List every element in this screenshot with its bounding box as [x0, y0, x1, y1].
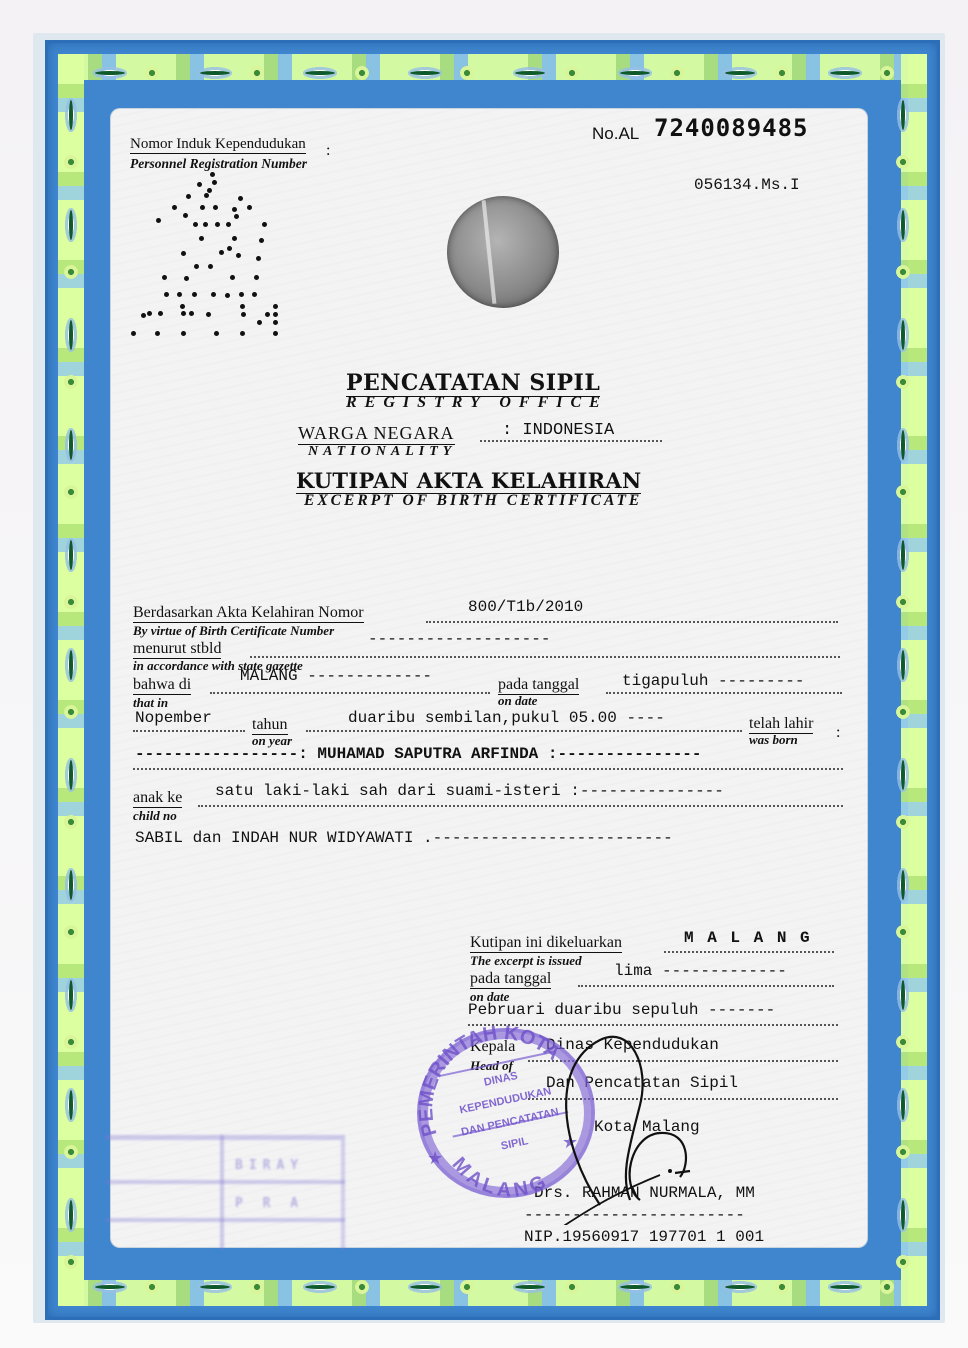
parents-value: SABIL dan INDAH NUR WIDYAWATI .---------… [135, 829, 673, 847]
perforation-dot [238, 196, 243, 201]
perforation-dot [236, 253, 241, 258]
perforation-dot [164, 292, 169, 297]
perforation-dot [240, 331, 245, 336]
cert-number-label: Berdasarkan Akta Kelahiran Nomor [133, 604, 364, 623]
dotted-line [133, 730, 245, 732]
perforation-dot [273, 304, 278, 309]
perforation-dot [230, 275, 235, 280]
svg-text:MALANG: MALANG [448, 1153, 553, 1202]
dotted-line [210, 692, 490, 694]
child-order-label-en: child no [133, 808, 177, 824]
year-value: duaribu sembilan,pukul 05.00 ---- [348, 709, 665, 727]
register-code: 056134.Ms.I [694, 176, 800, 194]
perforation-dot [193, 222, 198, 227]
perforation-dot [184, 276, 189, 281]
perforation-dot [183, 213, 188, 218]
perforation-dot [155, 331, 160, 336]
perforation-dot [200, 205, 205, 210]
perforation-dot [262, 222, 267, 227]
perforation-dot [208, 264, 213, 269]
perforation-dot [162, 275, 167, 280]
perforation-dot [252, 292, 257, 297]
perforation-dot [273, 320, 278, 325]
perforation-dot [207, 188, 212, 193]
date-value: tigapuluh --------- [622, 672, 804, 690]
perforation-dot [180, 304, 185, 309]
child-name: -----------------: MUHAMAD SAPUTRA ARFIN… [135, 745, 702, 763]
date-label-en: on date [498, 693, 537, 709]
perforation-dot [189, 311, 194, 316]
dotted-line [198, 805, 843, 807]
perforation-dot [254, 275, 259, 280]
perforation-dot [210, 172, 215, 177]
cert-number-value: 800/T1b/2010 [468, 598, 583, 616]
perforation-dot [206, 312, 211, 317]
dotted-line [426, 621, 838, 623]
document-title-en: EXCERPT OF BIRTH CERTIFICATE [304, 492, 642, 510]
perforation-dot [172, 205, 177, 210]
svg-text:★: ★ [427, 1148, 443, 1169]
issued-place: M A L A N G [684, 929, 812, 947]
child-order-label: anak ke [133, 789, 182, 808]
child-order-value: satu laki-laki sah dari suami-isteri :--… [215, 782, 724, 800]
perforation-dot [203, 222, 208, 227]
born-colon: : [836, 724, 840, 742]
perforation-dot [226, 222, 231, 227]
nationality-label-en: NATIONALITY [308, 444, 456, 460]
perforation-dot [211, 292, 216, 297]
official-nip: NIP.19560917 197701 1 001 [524, 1228, 764, 1246]
stbld-value: ------------------- [368, 630, 550, 648]
perforation-dot [141, 313, 146, 318]
perforation-dot [199, 236, 204, 241]
office-title: PENCATATAN SIPIL [346, 370, 600, 397]
perforation-dot [147, 311, 152, 316]
perforation-dot [273, 312, 278, 317]
perforation-dot [215, 222, 220, 227]
dotted-line [578, 985, 834, 987]
office-title-en: REGISTRY OFFICE [346, 394, 608, 412]
perforation-dot [194, 264, 199, 269]
dotted-line [306, 730, 742, 732]
nationality-dotted-line [480, 440, 662, 442]
perforation-dot [156, 218, 161, 223]
perforation-dot [219, 250, 224, 255]
dotted-line [250, 656, 840, 658]
perforation-dot [234, 214, 239, 219]
faded-box-stamp: BIRAY P R A [105, 1135, 345, 1250]
nik-label: Nomor Induk Kependudukan [130, 136, 306, 154]
place-value: MALANG ------------- [240, 667, 432, 685]
issued-label: Kutipan ini dikeluarkan [470, 934, 622, 953]
perforation-dot [257, 320, 262, 325]
issued-date-label: pada tanggal [470, 970, 551, 989]
perforation-dot [265, 312, 270, 317]
nationality-value: : INDONESIA [502, 421, 614, 440]
perforation-dot [241, 312, 246, 317]
perforation-dot [247, 205, 252, 210]
perforation-dot [204, 193, 209, 198]
dotted-line [664, 951, 834, 953]
perforation-dot [212, 180, 217, 185]
perforation-dot [239, 292, 244, 297]
born-label-en: was born [749, 732, 798, 748]
month-value: Nopember [135, 709, 212, 727]
nik-colon: : [326, 142, 330, 160]
perforation-dot [213, 205, 218, 210]
perforation-dot [273, 331, 278, 336]
nik-label-en: Personnel Registration Number [130, 156, 307, 172]
perforation-dot [131, 331, 136, 336]
perforation-dot [186, 194, 191, 199]
serial-number: 7240089485 [654, 114, 809, 142]
perforation-dot [197, 182, 202, 187]
perforation-dot [256, 256, 261, 261]
signature [540, 1025, 720, 1225]
place-label: bahwa di [133, 676, 191, 695]
perforation-dot [181, 331, 186, 336]
perforation-dot [227, 246, 232, 251]
perforation-dot [158, 311, 163, 316]
cert-number-label-en: By virtue of Birth Certificate Number [133, 623, 334, 639]
perforation-dot [259, 238, 264, 243]
stbld-label: menurut stbld [133, 640, 221, 659]
perforation-dot [177, 292, 182, 297]
issued-label-en: The excerpt is issued [470, 953, 582, 969]
perforation-dot [232, 236, 237, 241]
perforation-dot [181, 311, 186, 316]
dotted-line [606, 692, 842, 694]
perforation-dot [181, 251, 186, 256]
document-title: KUTIPAN AKTA KELAHIRAN [296, 468, 641, 494]
perforation-dot [232, 207, 237, 212]
perforation-dot [240, 304, 245, 309]
nationality-label: WARGA NEGARA [298, 423, 455, 445]
serial-prefix: No.AL [592, 124, 639, 144]
perforation-dot [225, 293, 230, 298]
dotted-line [133, 768, 843, 770]
perforation-dot [192, 292, 197, 297]
perforation-dot [214, 331, 219, 336]
issued-day: lima ------------- [614, 962, 787, 980]
embossed-seal [447, 196, 559, 308]
